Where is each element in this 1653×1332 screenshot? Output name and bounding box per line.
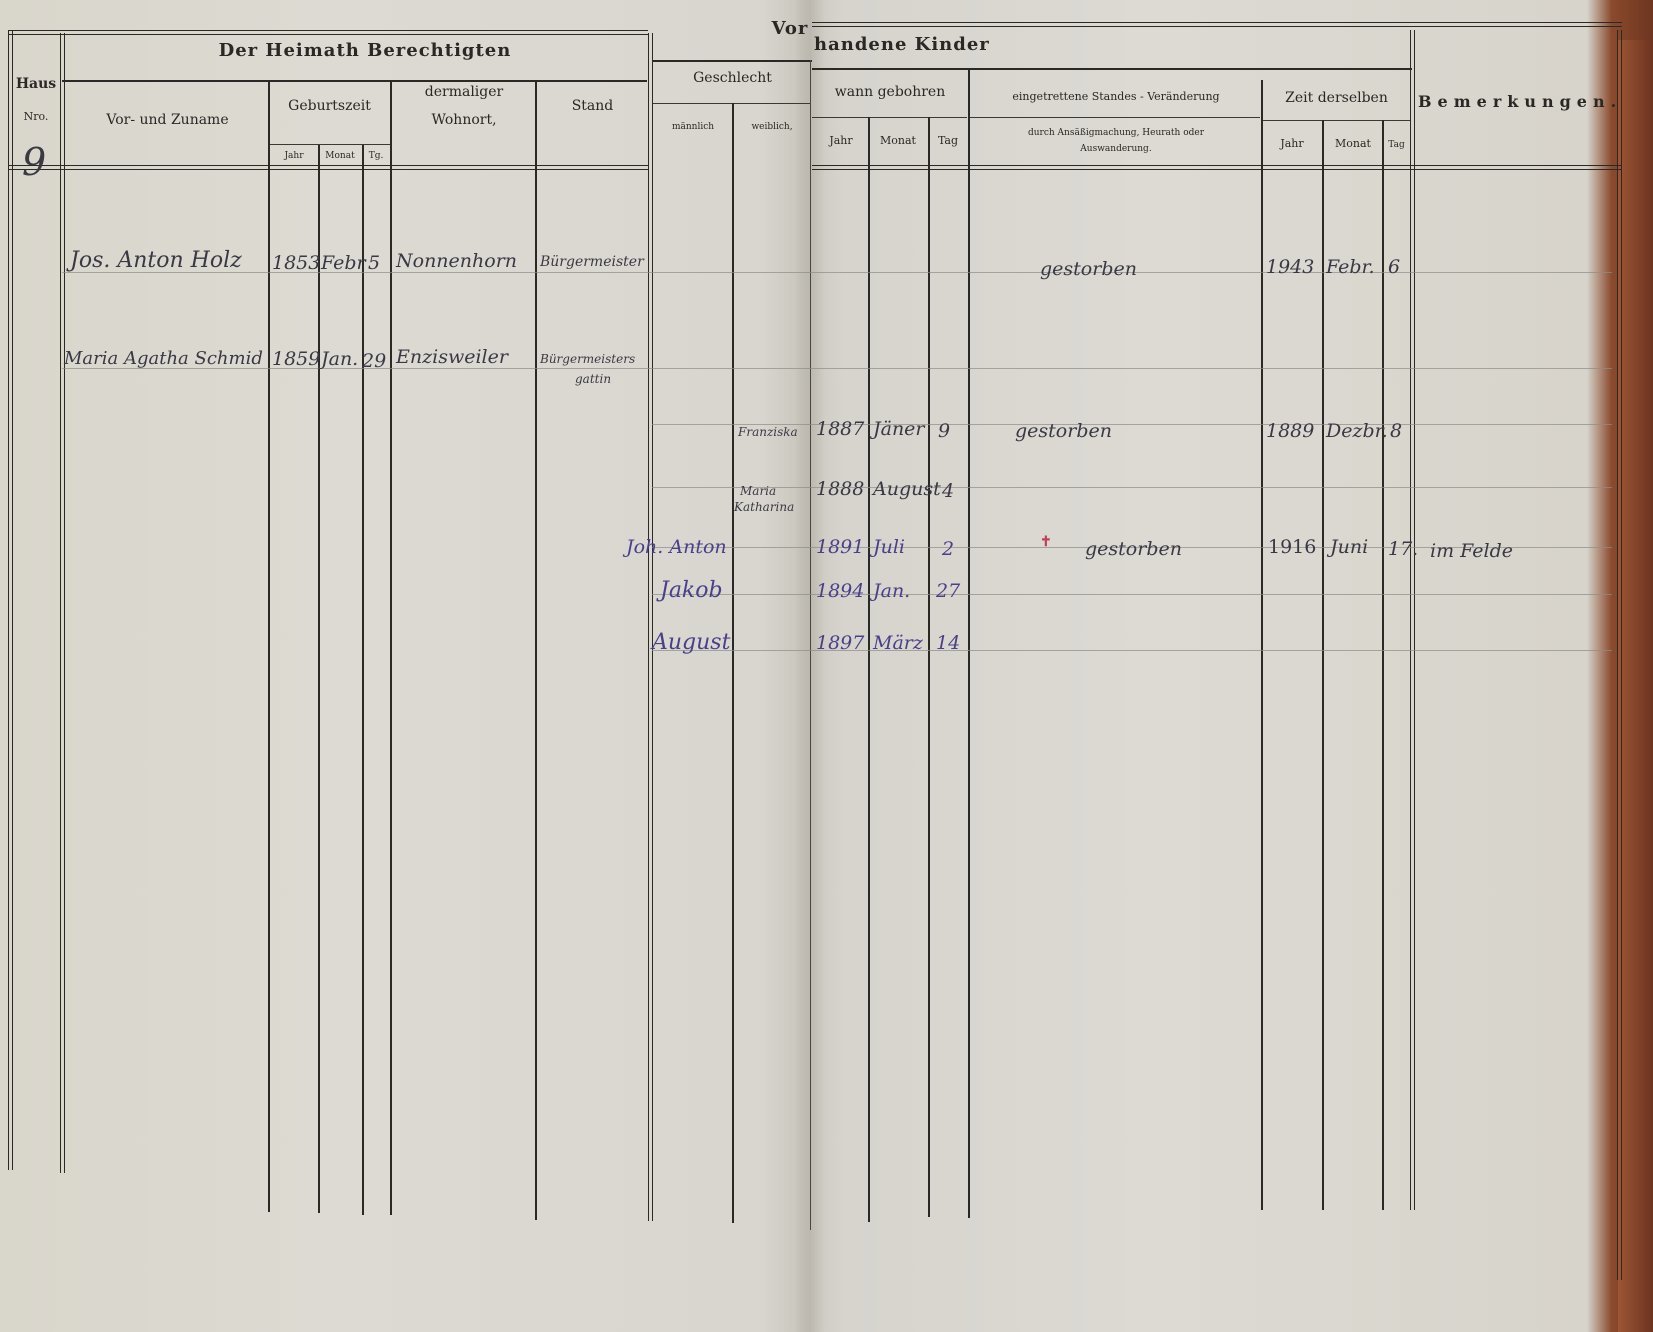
col-birth-sep: [390, 82, 392, 1215]
child-4-day: 27: [936, 580, 960, 602]
child-2-month: August: [873, 478, 941, 500]
child-3-remark: im Felde: [1430, 540, 1513, 562]
house-nro-label: Nro.: [12, 110, 60, 123]
female-col-header: weiblich,: [735, 122, 809, 132]
child-1-change-day: 8: [1390, 420, 1402, 442]
child-year-header: Jahr: [815, 134, 867, 147]
sex-split-line: [652, 103, 810, 104]
birth-month-header: Monat: [320, 151, 360, 161]
person-2-name: Maria Agatha Schmid: [64, 348, 263, 369]
person-2-birth-year: 1859: [272, 348, 320, 370]
change-month-header: Monat: [1325, 137, 1381, 150]
status-change-sub-2: Auswanderung.: [972, 144, 1260, 154]
child-5-day: 14: [936, 632, 960, 654]
change-split-line: [970, 117, 1260, 118]
child-2-year: 1888: [816, 478, 864, 500]
child-1-year: 1887: [816, 418, 864, 440]
person-1-change-day: 6: [1388, 256, 1400, 278]
col-remarks-sep: [1410, 30, 1415, 1210]
col-year-sep: [318, 145, 320, 1213]
child-1-month: Jäner: [873, 418, 925, 440]
death-cross-icon: ✝: [1040, 534, 1052, 550]
birth-col-header: Geburtszeit: [272, 98, 387, 114]
status-col-header: Stand: [540, 98, 645, 114]
col-change-month-sep: [1382, 120, 1384, 1210]
person-1-residence: Nonnenhorn: [396, 250, 517, 272]
person-1-status: Bürgermeister: [540, 254, 644, 270]
child-3-change-month: Juni: [1330, 536, 1368, 558]
col-name-sep: [268, 82, 270, 1212]
child-3-change-day: 17.: [1388, 538, 1418, 560]
child-5-month: März: [873, 632, 923, 654]
child-3-month: Juli: [873, 536, 905, 558]
header-bottom-left: [8, 165, 648, 170]
remarks-col-header: Bemerkungen.: [1418, 92, 1613, 111]
person-1-birth-month: Febr: [321, 252, 366, 274]
child-1-female-name: Franziska: [738, 425, 798, 439]
person-1-change-year: 1943: [1266, 256, 1314, 278]
child-3-change-year: 1916: [1268, 536, 1316, 558]
col-house-sep: [60, 33, 65, 1173]
birth-split-line: [270, 144, 390, 145]
child-4-month: Jan.: [873, 580, 910, 602]
pencil-row-line: [652, 594, 1612, 595]
child-3-year: 1891: [816, 536, 864, 558]
child-4-male-name: Jakob: [660, 578, 723, 603]
house-label: Haus: [12, 76, 60, 92]
child-2-day: 4: [942, 480, 954, 502]
header-sub-line-left: [62, 80, 647, 82]
child-3-status-change: gestorben: [1085, 538, 1182, 560]
child-2-female-name-2: Katharina: [734, 500, 794, 514]
col-status-sep: [648, 33, 653, 1221]
status-change-sub-1: durch Ansäßigmachung, Heurath oder: [972, 128, 1260, 138]
birth-day-header: Tg.: [364, 151, 388, 161]
child-1-change-year: 1889: [1266, 420, 1314, 442]
header-sub-line-mid: [652, 60, 812, 62]
birth-year-header: Jahr: [272, 151, 316, 161]
child-5-year: 1897: [816, 632, 864, 654]
child-5-male-name: August: [652, 630, 730, 655]
pencil-row-line: [652, 487, 1612, 488]
left-border: [8, 30, 13, 1170]
change-year-header: Jahr: [1264, 137, 1320, 150]
person-1-status-change: gestorben: [1040, 258, 1137, 280]
pencil-row-line: [652, 650, 1612, 651]
person-1-name: Jos. Anton Holz: [70, 248, 242, 273]
col-child-year-sep: [868, 117, 870, 1222]
person-1-change-month: Febr.: [1326, 256, 1375, 278]
person-2-birth-day: 29: [362, 350, 386, 372]
child-1-change-month: Dezbr.: [1326, 420, 1388, 442]
header-bottom-right: [812, 165, 1622, 170]
col-change-year-sep: [1322, 120, 1324, 1210]
change-day-header: Tag: [1384, 140, 1409, 150]
person-1-birth-day: 5: [368, 252, 380, 274]
child-3-male-name: Joh. Anton: [626, 536, 727, 558]
residence-col-header-1: dermaliger: [395, 84, 533, 100]
person-1-birth-year: 1853: [272, 252, 320, 274]
sex-col-header: Geschlecht: [655, 70, 810, 86]
register-page: Der Heimath Berechtigten Vor handene Kin…: [0, 0, 1653, 1332]
child-1-status-change: gestorben: [1015, 420, 1112, 442]
time-thereof-col-header: Zeit derselben: [1264, 90, 1409, 106]
book-binding-edge: [1618, 40, 1653, 1332]
name-col-header: Vor- und Zuname: [70, 112, 265, 128]
right-section-title-part1: Vor: [770, 18, 810, 39]
person-2-birth-month: Jan.: [321, 348, 358, 370]
child-day-header: Tag: [930, 134, 966, 147]
child-3-day: 2: [942, 538, 954, 560]
child-1-day: 9: [938, 420, 950, 442]
left-section-title: Der Heimath Berechtigten: [200, 40, 530, 61]
right-section-title-part2: handene Kinder: [814, 34, 984, 55]
male-col-header: männlich: [655, 122, 731, 132]
house-number: 9: [22, 140, 46, 184]
person-2-status-1: Bürgermeisters: [540, 352, 635, 366]
residence-col-header-2: Wohnort,: [395, 112, 533, 128]
person-2-status-2: gattin: [575, 372, 611, 386]
col-change-sep: [1261, 80, 1263, 1210]
col-child-month-sep: [928, 117, 930, 1217]
child-2-female-name-1: Maria: [740, 484, 776, 498]
zeit-split-line: [1262, 120, 1410, 121]
col-residence-sep: [535, 82, 537, 1220]
col-female-right: [810, 60, 811, 1230]
header-sub-line-right: [812, 68, 1412, 70]
top-border-right: [812, 22, 1622, 27]
right-border: [1617, 30, 1622, 1280]
col-sex-sep: [732, 103, 734, 1223]
person-2-residence: Enzisweiler: [396, 346, 508, 368]
col-month-sep: [362, 145, 364, 1215]
child-4-year: 1894: [816, 580, 864, 602]
when-born-col-header: wann gebohren: [815, 84, 965, 100]
top-border-left: [8, 30, 648, 35]
col-child-day-sep: [968, 70, 970, 1218]
child-month-header: Monat: [870, 134, 926, 147]
born-split-line: [812, 117, 967, 118]
status-change-col-header: eingetrettene Standes - Veränderung: [972, 90, 1260, 103]
